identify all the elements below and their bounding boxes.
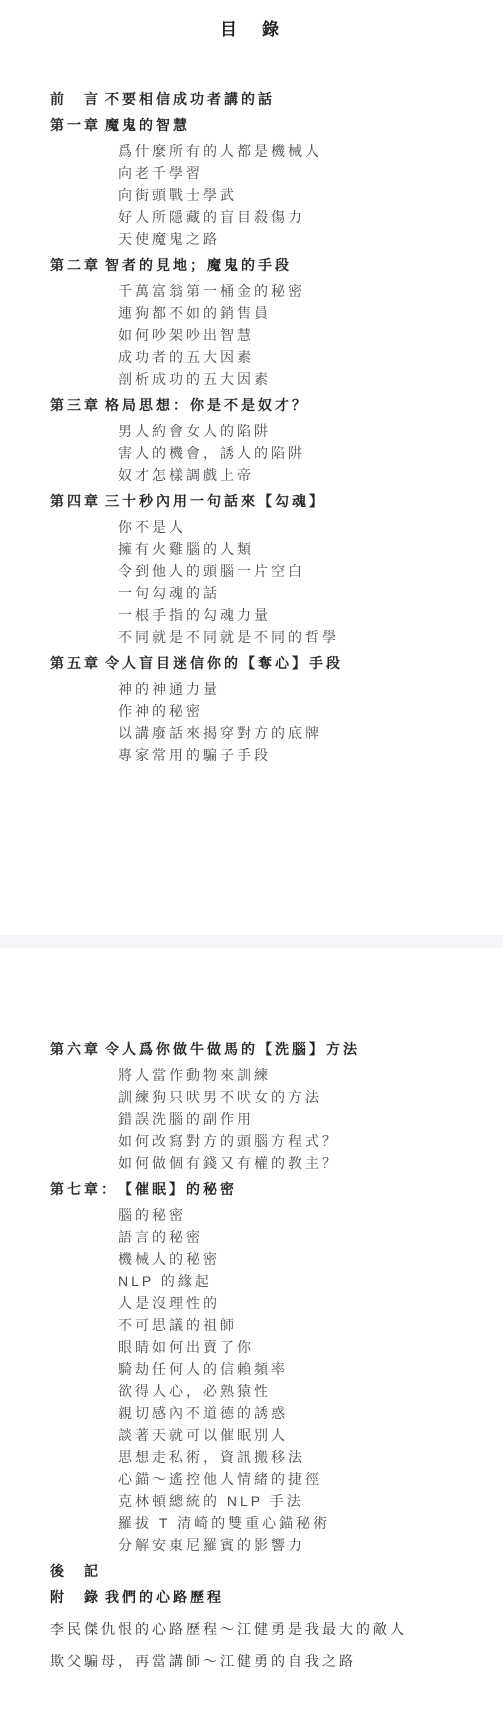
page-title: 目 錄 [0, 18, 503, 42]
toc-item: 擁有火雞腦的人類 [50, 538, 503, 560]
toc-item: 不可思議的祖師 [50, 1314, 503, 1336]
section-label: 前 言 [50, 88, 105, 110]
section-label: 第六章 [50, 1038, 105, 1060]
toc-item: 訓練狗只吠男不吠女的方法 [50, 1086, 503, 1108]
section-label: 第三章 [50, 394, 105, 416]
toc-item: NLP 的緣起 [50, 1270, 503, 1292]
section-title: 我們的心路歷程 [105, 1586, 224, 1608]
toc-section-heading: 第五章令人盲目迷信你的【奪心】手段 [50, 652, 503, 674]
toc-section: 後 記 [50, 1560, 503, 1582]
section-title: 令人爲你做牛做馬的【洗腦】方法 [105, 1038, 360, 1060]
toc-document: 目 錄 前 言不要相信成功者講的話第一章魔鬼的智慧爲什麼所有的人都是機械人向老千… [0, 0, 503, 1729]
toc-item: 好人所隱藏的盲目殺傷力 [50, 206, 503, 228]
section-title: 【催眠】的秘密 [118, 1178, 237, 1200]
toc-item: 你不是人 [50, 516, 503, 538]
toc-item: 專家常用的騙子手段 [50, 744, 503, 766]
toc-section-heading: 第六章令人爲你做牛做馬的【洗腦】方法 [50, 1038, 503, 1060]
toc-extra-line: 欺父騙母，再當講師～江健勇的自我之路 [50, 1650, 503, 1672]
toc-item: 以講廢話來揭穿對方的底牌 [50, 722, 503, 744]
toc-item: 羅拔 T 清崎的雙重心錨秘術 [50, 1512, 503, 1534]
section-label: 第一章 [50, 114, 105, 136]
section-label: 第二章 [50, 254, 105, 276]
toc-item: 男人約會女人的陷阱 [50, 420, 503, 442]
toc-section-heading: 第一章魔鬼的智慧 [50, 114, 503, 136]
toc-section-heading: 第七章：【催眠】的秘密 [50, 1178, 503, 1200]
section-title: 格局思想：你是不是奴才？ [105, 394, 309, 416]
section-label: 後 記 [50, 1560, 105, 1582]
section-label: 第七章： [50, 1178, 118, 1200]
toc-item: 親切感內不道德的誘惑 [50, 1402, 503, 1424]
toc-section-heading: 後 記 [50, 1560, 503, 1582]
toc-item: 剖析成功的五大因素 [50, 368, 503, 390]
section-label: 第四章 [50, 490, 105, 512]
toc-page-2: 第六章令人爲你做牛做馬的【洗腦】方法將人當作動物來訓練訓練狗只吠男不吠女的方法錯… [0, 948, 503, 1729]
page-separator [0, 935, 503, 948]
toc-item: 令到他人的頭腦一片空白 [50, 560, 503, 582]
section-title: 智者的見地；魔鬼的手段 [105, 254, 292, 276]
toc-item: 神的神通力量 [50, 678, 503, 700]
toc-section-heading: 前 言不要相信成功者講的話 [50, 88, 503, 110]
toc-section: 前 言不要相信成功者講的話 [50, 88, 503, 110]
toc-item: 分解安東尼羅賓的影響力 [50, 1534, 503, 1556]
toc-item: 欲得人心，必熟猿性 [50, 1380, 503, 1402]
section-title: 三十秒內用一句話來【勾魂】 [105, 490, 326, 512]
toc-section: 第一章魔鬼的智慧爲什麼所有的人都是機械人向老千學習向街頭戰士學武好人所隱藏的盲目… [50, 114, 503, 250]
toc-extra-line: 李民傑仇恨的心路歷程～江健勇是我最大的敵人 [50, 1618, 503, 1640]
toc-item: 連狗都不如的銷售員 [50, 302, 503, 324]
toc-item: 如何做個有錢又有權的教主？ [50, 1152, 503, 1174]
toc-item: 思想走私術，資訊搬移法 [50, 1446, 503, 1468]
toc-item: 一句勾魂的話 [50, 582, 503, 604]
toc-item: 向老千學習 [50, 162, 503, 184]
toc-section: 附 錄我們的心路歷程 [50, 1586, 503, 1608]
toc-section: 第五章令人盲目迷信你的【奪心】手段神的神通力量作神的秘密以講廢話來揭穿對方的底牌… [50, 652, 503, 766]
toc-section: 第四章三十秒內用一句話來【勾魂】你不是人擁有火雞腦的人類令到他人的頭腦一片空白一… [50, 490, 503, 648]
toc-item: 騎劫任何人的信賴頻率 [50, 1358, 503, 1380]
toc-page-1: 目 錄 前 言不要相信成功者講的話第一章魔鬼的智慧爲什麼所有的人都是機械人向老千… [0, 0, 503, 935]
toc-item: 語言的秘密 [50, 1226, 503, 1248]
toc-list-page-1: 前 言不要相信成功者講的話第一章魔鬼的智慧爲什麼所有的人都是機械人向老千學習向街… [0, 88, 503, 766]
toc-section: 第七章：【催眠】的秘密腦的秘密語言的秘密機械人的秘密NLP 的緣起人是沒理性的不… [50, 1178, 503, 1556]
toc-item: 機械人的秘密 [50, 1248, 503, 1270]
toc-item: 眼睛如何出賣了你 [50, 1336, 503, 1358]
toc-section-heading: 附 錄我們的心路歷程 [50, 1586, 503, 1608]
toc-item: 不同就是不同就是不同的哲學 [50, 626, 503, 648]
toc-item: 如何吵架吵出智慧 [50, 324, 503, 346]
toc-item: 天使魔鬼之路 [50, 228, 503, 250]
toc-item: 人是沒理性的 [50, 1292, 503, 1314]
toc-item: 錯誤洗腦的副作用 [50, 1108, 503, 1130]
toc-item: 如何改寫對方的頭腦方程式？ [50, 1130, 503, 1152]
section-title: 令人盲目迷信你的【奪心】手段 [105, 652, 343, 674]
section-title: 魔鬼的智慧 [105, 114, 190, 136]
toc-item: 腦的秘密 [50, 1204, 503, 1226]
section-label: 附 錄 [50, 1586, 105, 1608]
toc-item: 害人的機會，誘人的陷阱 [50, 442, 503, 464]
toc-item: 心錨～遙控他人情緒的捷徑 [50, 1468, 503, 1490]
toc-item: 一根手指的勾魂力量 [50, 604, 503, 626]
toc-item: 奴才怎樣調戲上帝 [50, 464, 503, 486]
toc-item: 向街頭戰士學武 [50, 184, 503, 206]
section-title: 不要相信成功者講的話 [105, 88, 275, 110]
toc-item: 成功者的五大因素 [50, 346, 503, 368]
section-label: 第五章 [50, 652, 105, 674]
toc-item: 將人當作動物來訓練 [50, 1064, 503, 1086]
toc-section: 第六章令人爲你做牛做馬的【洗腦】方法將人當作動物來訓練訓練狗只吠男不吠女的方法錯… [50, 1038, 503, 1174]
toc-item: 作神的秘密 [50, 700, 503, 722]
toc-item: 爲什麼所有的人都是機械人 [50, 140, 503, 162]
toc-list-page-2: 第六章令人爲你做牛做馬的【洗腦】方法將人當作動物來訓練訓練狗只吠男不吠女的方法錯… [0, 1038, 503, 1672]
toc-section: 第二章智者的見地；魔鬼的手段千萬富翁第一桶金的秘密連狗都不如的銷售員如何吵架吵出… [50, 254, 503, 390]
toc-item: 千萬富翁第一桶金的秘密 [50, 280, 503, 302]
toc-section-heading: 第三章格局思想：你是不是奴才？ [50, 394, 503, 416]
toc-section-heading: 第二章智者的見地；魔鬼的手段 [50, 254, 503, 276]
toc-item: 克林頓總統的 NLP 手法 [50, 1490, 503, 1512]
toc-section-heading: 第四章三十秒內用一句話來【勾魂】 [50, 490, 503, 512]
toc-item: 談著天就可以催眠別人 [50, 1424, 503, 1446]
toc-section: 第三章格局思想：你是不是奴才？男人約會女人的陷阱害人的機會，誘人的陷阱奴才怎樣調… [50, 394, 503, 486]
